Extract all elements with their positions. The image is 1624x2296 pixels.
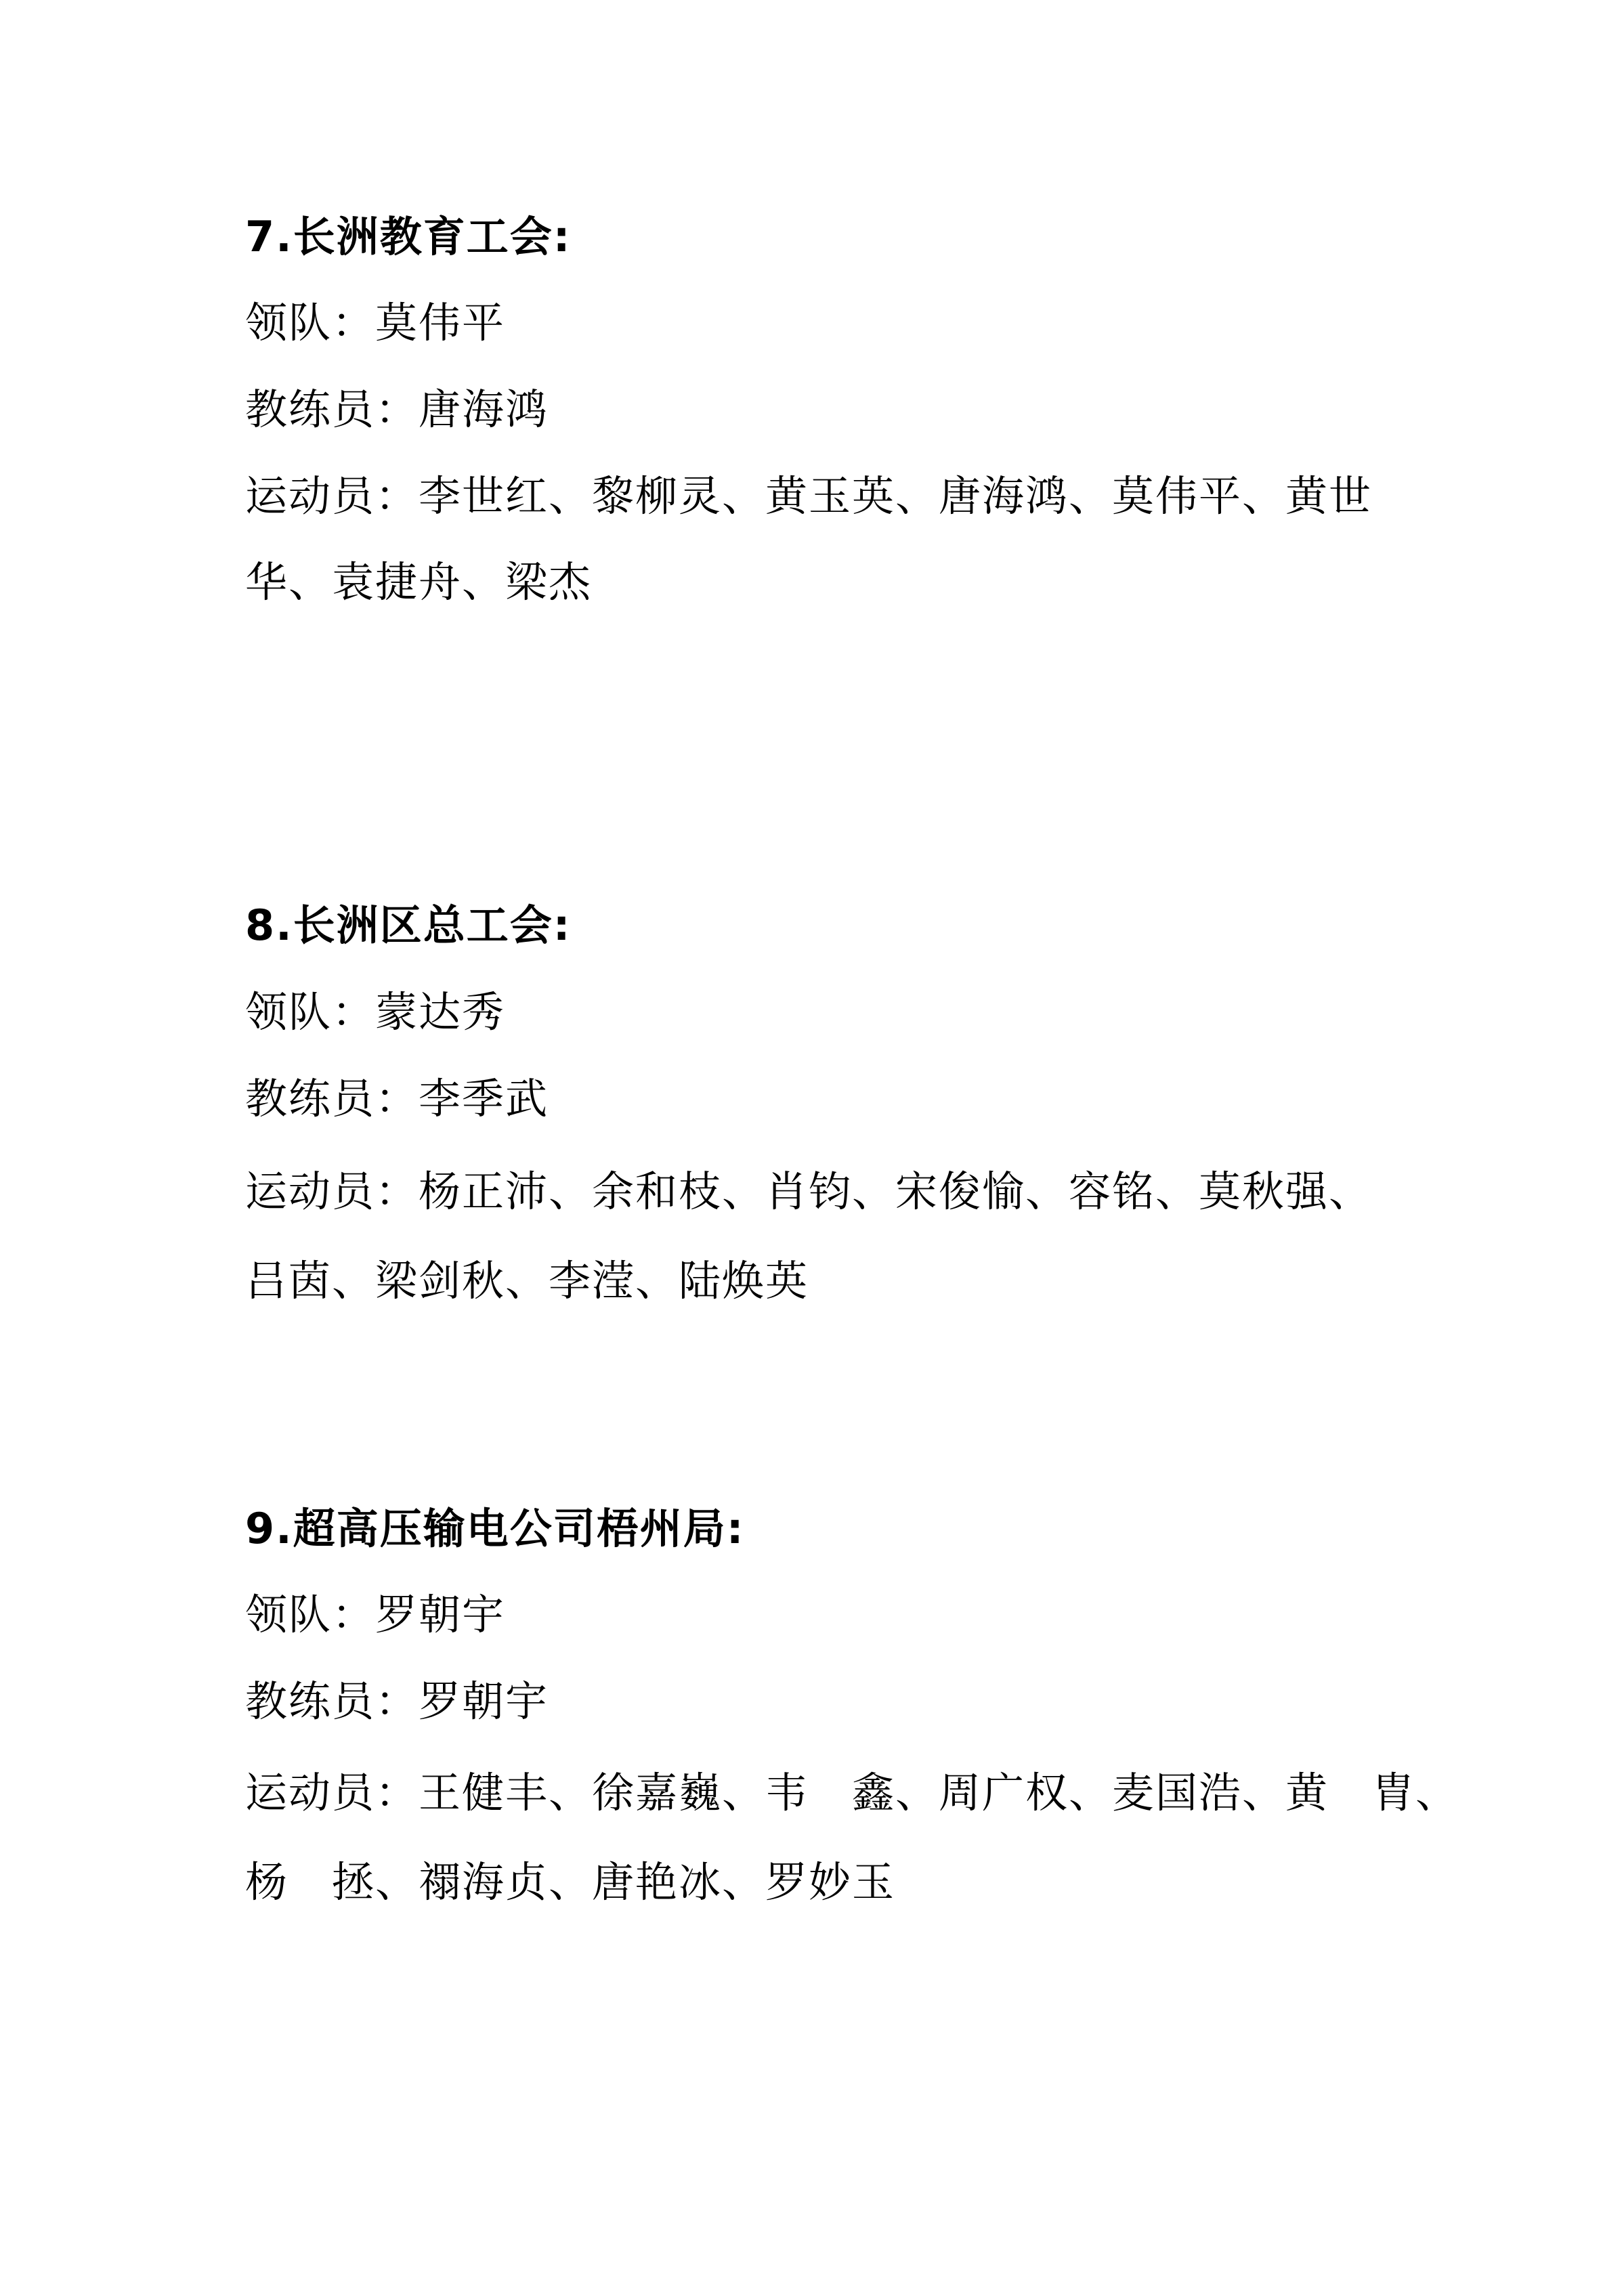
team-athletes-line-2: 吕茵、梁剑秋、李滢、陆焕英 bbox=[245, 1254, 809, 1308]
team-leader: 领队：罗朝宇 bbox=[245, 1588, 505, 1642]
section-heading: 7.长洲教育工会: bbox=[245, 210, 572, 264]
team-coach: 教练员：李季武 bbox=[245, 1072, 549, 1126]
section-heading: 8.长洲区总工会: bbox=[245, 898, 572, 953]
section-heading: 9.超高压输电公司梧州局: bbox=[245, 1502, 745, 1556]
team-athletes-line-2: 华、袁捷舟、梁杰 bbox=[245, 555, 592, 609]
document-page: 7.长洲教育工会: 领队：莫伟平 教练员：唐海鸿 运动员：李世红、黎柳灵、黄玉英… bbox=[0, 0, 1624, 2296]
team-athletes-line-2: 杨 拯、禤海贞、唐艳冰、罗妙玉 bbox=[245, 1855, 895, 1909]
team-coach: 教练员：唐海鸿 bbox=[245, 383, 549, 437]
team-athletes-line-1: 运动员：李世红、黎柳灵、黄玉英、唐海鸿、莫伟平、黄世 bbox=[245, 469, 1372, 523]
team-coach: 教练员：罗朝宇 bbox=[245, 1674, 549, 1729]
team-leader: 领队：蒙达秀 bbox=[245, 985, 505, 1039]
team-athletes-line-1: 运动员：王健丰、徐嘉巍、韦 鑫、周广权、麦国浩、黄 胄、 bbox=[245, 1766, 1459, 1820]
team-leader: 领队：莫伟平 bbox=[245, 296, 505, 350]
team-athletes-line-1: 运动员：杨正沛、余和枝、肖钧、宋俊愉、容铭、莫秋强、 bbox=[245, 1165, 1372, 1219]
